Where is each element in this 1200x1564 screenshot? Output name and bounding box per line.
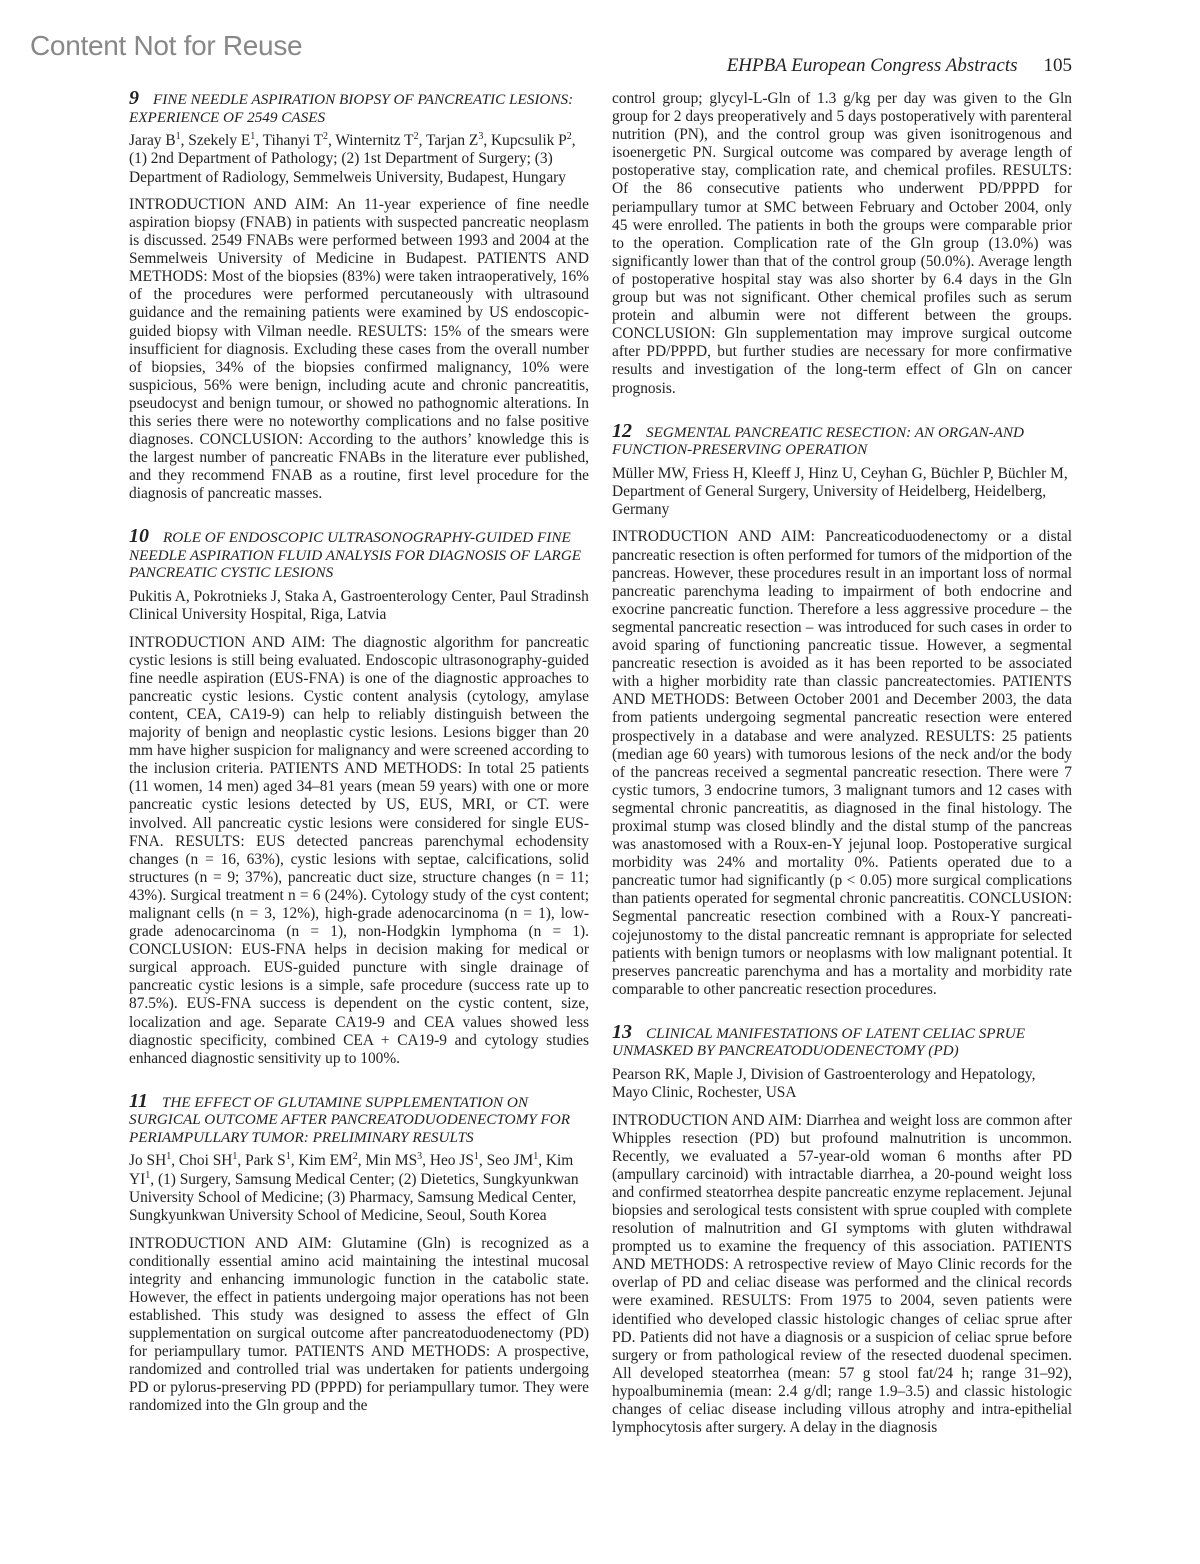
abstract-number: 9 (129, 87, 139, 109)
journal-title: EHPBA European Congress Abstracts (727, 55, 1018, 76)
abstract-title: 9FINE NEEDLE ASPIRATION BIOPSY OF PANCRE… (129, 90, 589, 126)
running-header: EHPBA European Congress Abstracts105 (700, 55, 1072, 77)
abstract-11: 11THE EFFECT OF GLUTAMINE SUPPLEMENTATIO… (129, 1093, 589, 1416)
left-column: 9FINE NEEDLE ASPIRATION BIOPSY OF PANCRE… (129, 90, 589, 1415)
abstract-body: INTRODUCTION AND AIM: The diagnostic alg… (129, 634, 589, 1068)
abstract-number: 11 (129, 1090, 148, 1112)
abstract-authors: Jo SH1, Choi SH1, Park S1, Kim EM2, Min … (129, 1152, 589, 1225)
abstract-body: INTRODUCTION AND AIM: Pancreaticoduodene… (612, 528, 1072, 998)
abstract-body: INTRODUCTION AND AIM: An 11-year experie… (129, 196, 589, 504)
abstract-10: 10ROLE OF ENDOSCOPIC ULTRASONOGRAPHY-GUI… (129, 528, 589, 1067)
abstract-number: 13 (612, 1021, 632, 1043)
abstract-title: 13CLINICAL MANIFESTATIONS OF LATENT CELI… (612, 1024, 1072, 1060)
abstract-number: 10 (129, 525, 149, 547)
abstract-authors: Müller MW, Friess H, Kleeff J, Hinz U, C… (612, 465, 1072, 520)
abstract-13: 13CLINICAL MANIFESTATIONS OF LATENT CELI… (612, 1024, 1072, 1437)
right-column: control group; glycyl-L-Gln of 1.3 g/kg … (612, 90, 1072, 1437)
page-number: 105 (1044, 55, 1073, 76)
abstract-9: 9FINE NEEDLE ASPIRATION BIOPSY OF PANCRE… (129, 90, 589, 503)
abstract-title: 11THE EFFECT OF GLUTAMINE SUPPLEMENTATIO… (129, 1093, 589, 1147)
abstract-authors: Jaray B1, Szekely E1, Tihanyi T2, Winter… (129, 132, 589, 187)
abstract-12: 12SEGMENTAL PANCREATIC RESECTION: AN ORG… (612, 423, 1072, 999)
abstract-title: 10ROLE OF ENDOSCOPIC ULTRASONOGRAPHY-GUI… (129, 528, 589, 582)
abstract-authors: Pukitis A, Pokrotnieks J, Staka A, Gastr… (129, 588, 589, 625)
abstract-11-continued: control group; glycyl-L-Gln of 1.3 g/kg … (612, 90, 1072, 398)
abstract-authors: Pearson RK, Maple J, Division of Gastroe… (612, 1066, 1072, 1103)
abstract-body: INTRODUCTION AND AIM: Glutamine (Gln) is… (129, 1235, 589, 1416)
abstract-title: 12SEGMENTAL PANCREATIC RESECTION: AN ORG… (612, 423, 1072, 459)
watermark: Content Not for Reuse (30, 30, 302, 62)
abstract-number: 12 (612, 420, 632, 442)
abstract-body: INTRODUCTION AND AIM: Diarrhea and weigh… (612, 1112, 1072, 1438)
